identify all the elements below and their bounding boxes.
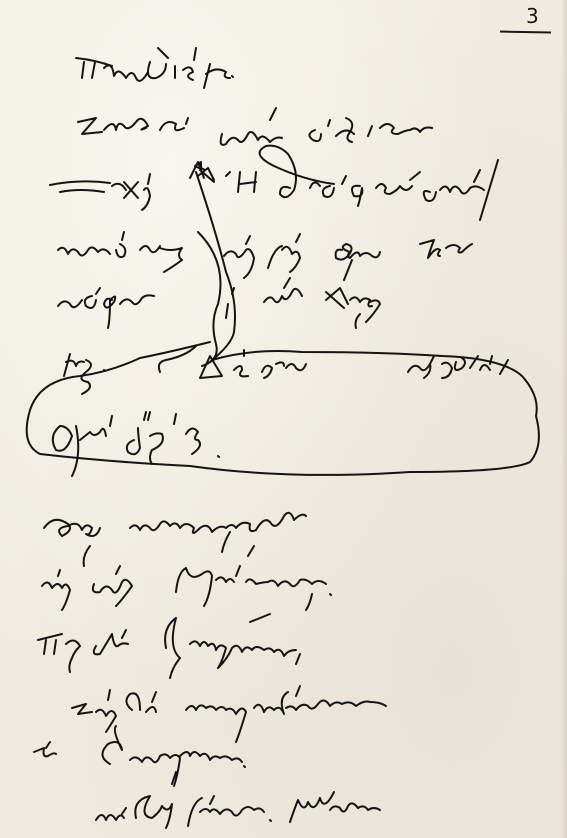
handwriting-strokes [0, 0, 567, 838]
manuscript-page: 3 παιδιά μου. Τώρα σ' μιά δύναμη σταχυ(*… [0, 0, 567, 838]
